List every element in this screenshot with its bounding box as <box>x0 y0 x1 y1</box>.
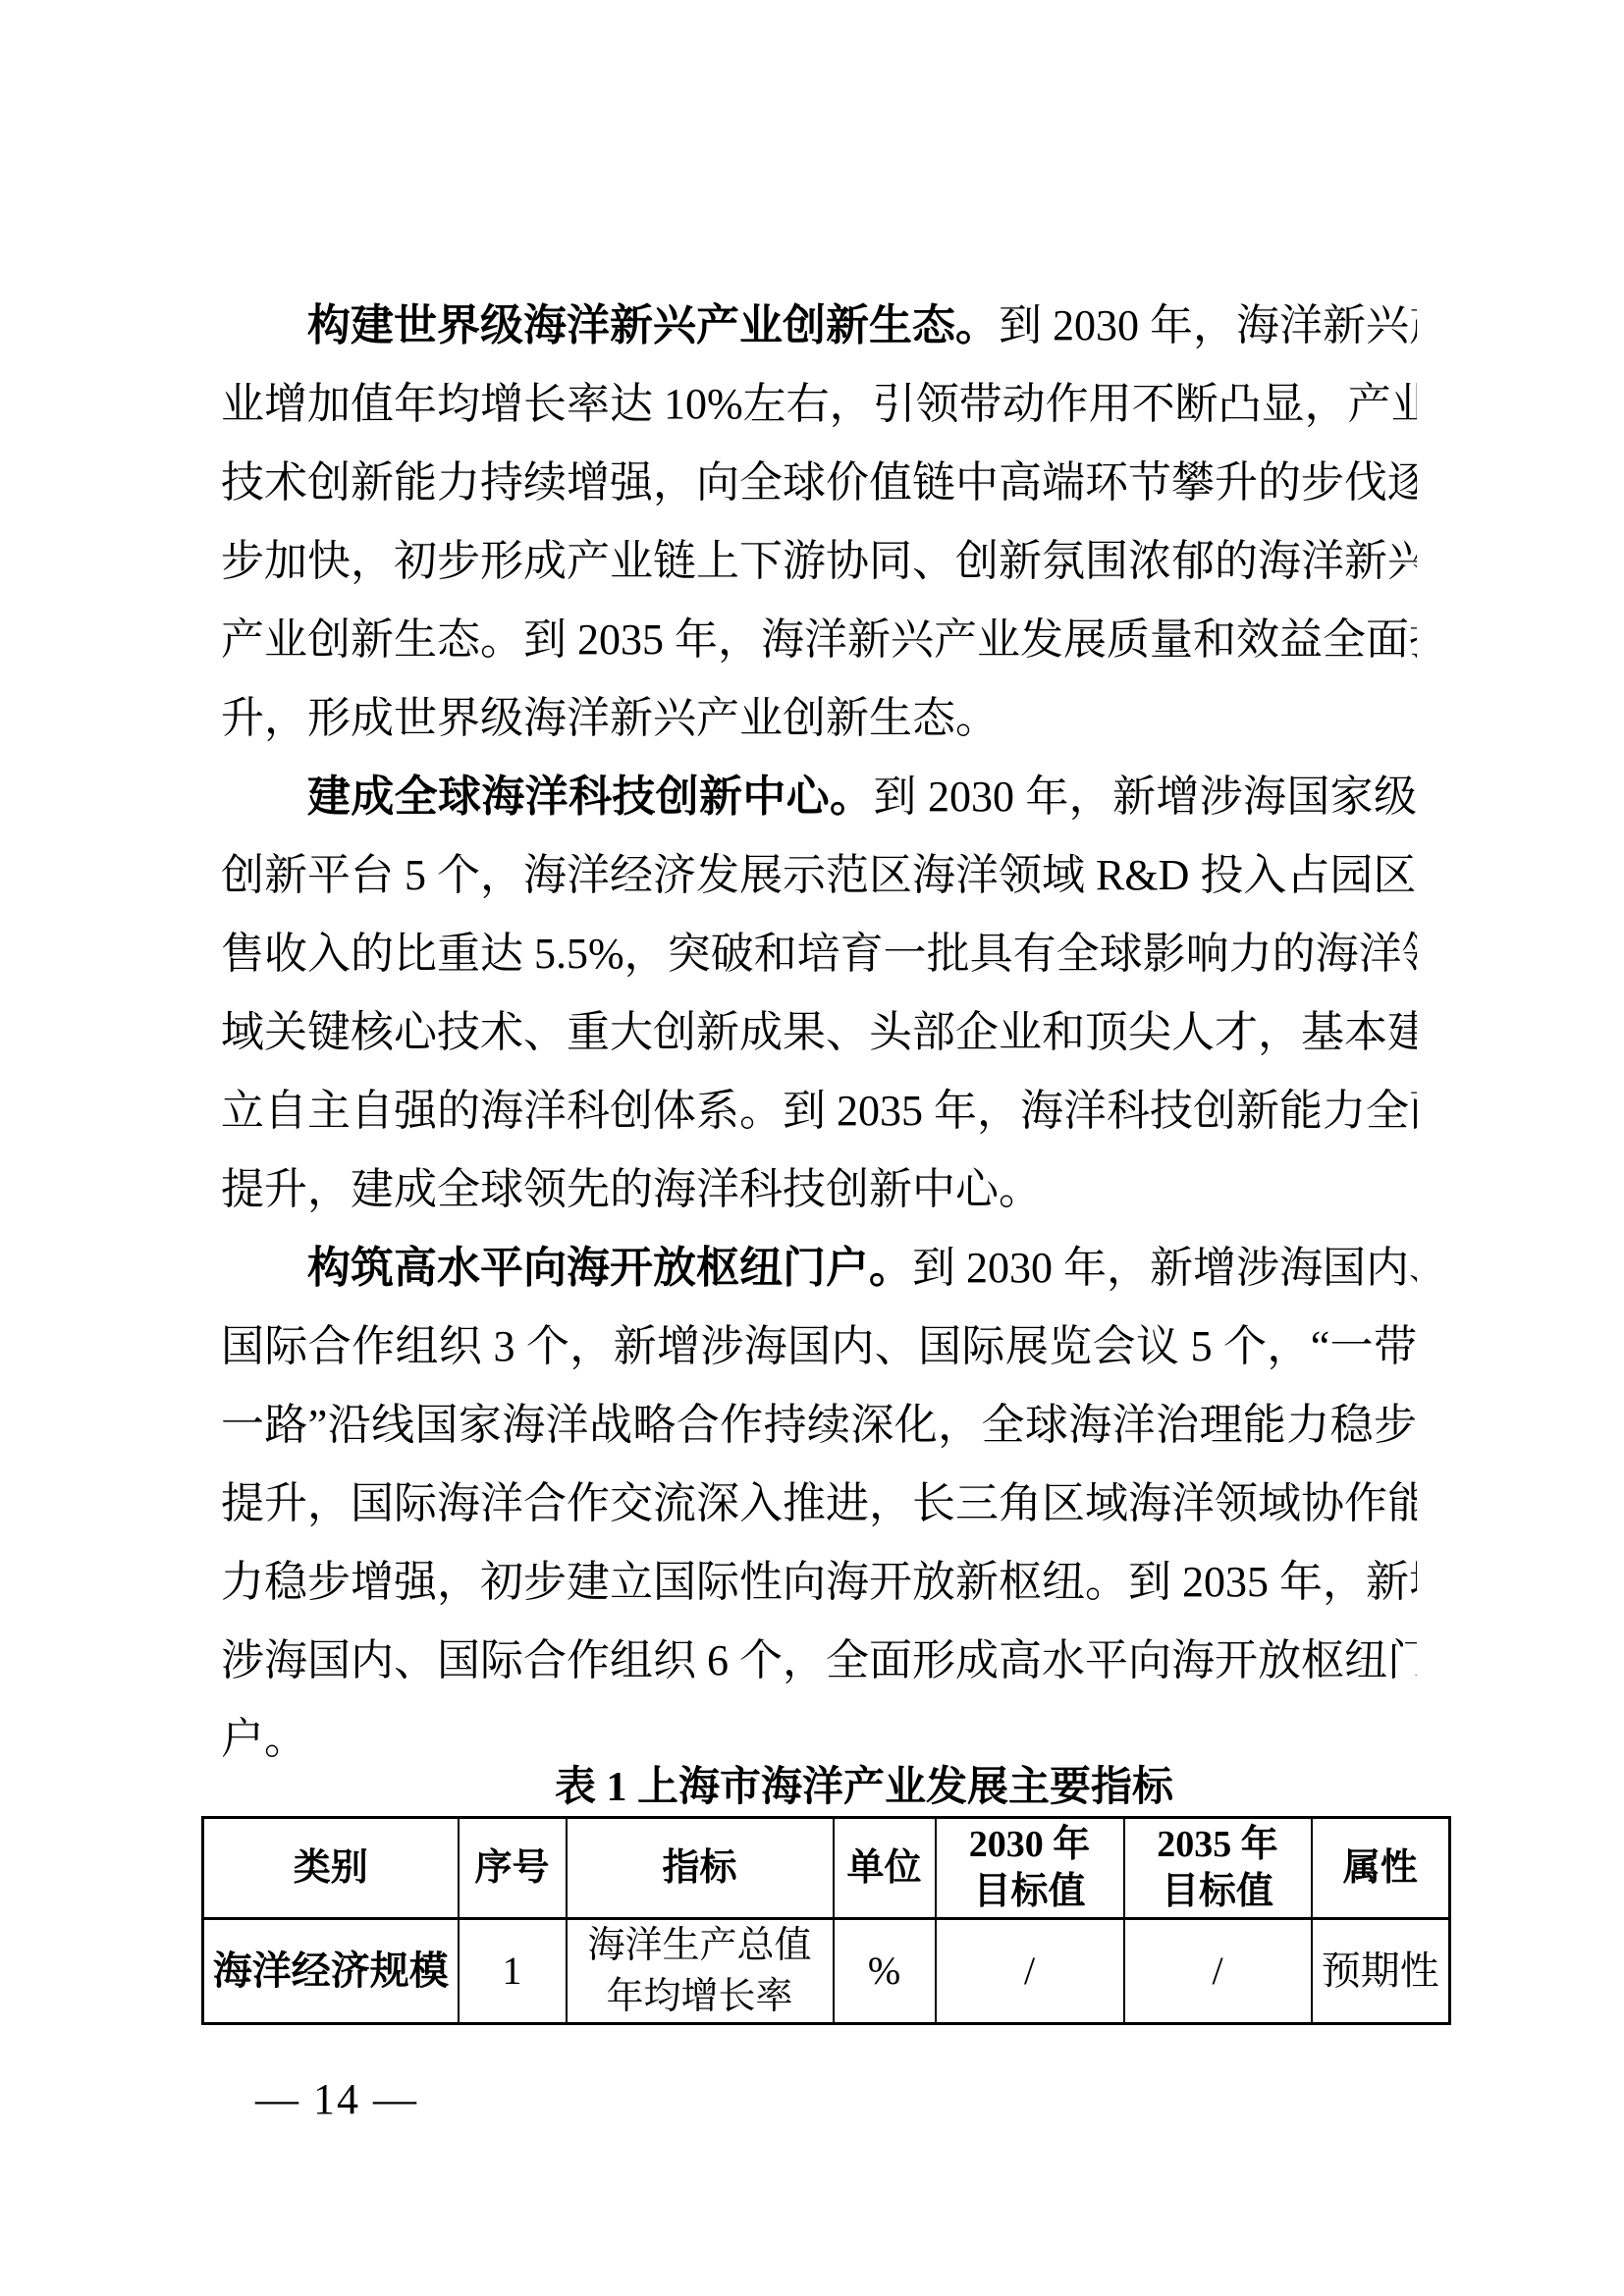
table-cell: % <box>834 1919 936 2024</box>
paragraph-line: 产业创新生态。到 2035 年，海洋新兴产业发展质量和效益全面提 <box>221 601 1417 679</box>
paragraph-line: 升，形成世界级海洋新兴产业创新生态。 <box>221 679 1417 758</box>
table-cell: / <box>1124 1919 1312 2024</box>
table-body: 海洋经济规模1海洋生产总值 年均增长率%//预期性 <box>203 1919 1450 2024</box>
paragraph-line: 创新平台 5 个，海洋经济发展示范区海洋领域 R&D 投入占园区销 <box>221 836 1417 915</box>
paragraph-line: 提升，建成全球领先的海洋科技创新中心。 <box>221 1150 1417 1229</box>
table-row: 海洋经济规模1海洋生产总值 年均增长率%//预期性 <box>203 1919 1450 2024</box>
document-body: 构建世界级海洋新兴产业创新生态。到 2030 年，海洋新兴产业增加值年均增长率达… <box>221 0 1417 2123</box>
paragraph: 构建世界级海洋新兴产业创新生态。到 2030 年，海洋新兴产业增加值年均增长率达… <box>221 287 1417 758</box>
paragraph-line: 售收入的比重达 5.5%，突破和培育一批具有全球影响力的海洋领 <box>221 915 1417 993</box>
body-paragraphs: 构建世界级海洋新兴产业创新生态。到 2030 年，海洋新兴产业增加值年均增长率达… <box>221 287 1417 1779</box>
paragraph: 建成全球海洋科技创新中心。到 2030 年，新增涉海国家级创新平台 5 个，海洋… <box>221 758 1417 1229</box>
paragraph-line: 力稳步增强，初步建立国际性向海开放新枢纽。到 2035 年，新增 <box>221 1543 1417 1622</box>
indicators-table: 类别序号指标单位2030 年 目标值2035 年 目标值属性 海洋经济规模1海洋… <box>201 1816 1451 2025</box>
paragraph-line: 涉海国内、国际合作组织 6 个，全面形成高水平向海开放枢纽门 <box>221 1622 1417 1700</box>
paragraph-lead-bold: 建成全球海洋科技创新中心。 <box>307 773 873 821</box>
table-cell: 预期性 <box>1312 1919 1450 2024</box>
table-header-row: 类别序号指标单位2030 年 目标值2035 年 目标值属性 <box>203 1818 1450 1919</box>
table-cell: 1 <box>459 1919 567 2024</box>
paragraph-line: 建成全球海洋科技创新中心。到 2030 年，新增涉海国家级 <box>221 758 1417 836</box>
paragraph-lead-bold: 构筑高水平向海开放枢纽门户。 <box>307 1244 912 1292</box>
table-header-cell: 单位 <box>834 1818 936 1919</box>
table-cell: / <box>936 1919 1124 2024</box>
paragraph-line: 一路”沿线国家海洋战略合作持续深化，全球海洋治理能力稳步 <box>221 1386 1417 1465</box>
paragraph-line: 业增加值年均增长率达 10%左右，引领带动作用不断凸显，产业 <box>221 365 1417 444</box>
paragraph-line: 构筑高水平向海开放枢纽门户。到 2030 年，新增涉海国内、 <box>221 1229 1417 1308</box>
table-header-cell: 序号 <box>459 1818 567 1919</box>
table-header-cell: 2030 年 目标值 <box>936 1818 1124 1919</box>
table-header-cell: 类别 <box>203 1818 459 1919</box>
paragraph-line: 技术创新能力持续增强，向全球价值链中高端环节攀升的步伐逐 <box>221 444 1417 522</box>
table-header-cell: 属性 <box>1312 1818 1450 1919</box>
table-header-row: 类别序号指标单位2030 年 目标值2035 年 目标值属性 <box>203 1818 1450 1919</box>
paragraph-line-text: 到 2030 年，新增涉海国内、 <box>912 1244 1417 1292</box>
paragraph-line: 立自主自强的海洋科创体系。到 2035 年，海洋科技创新能力全面 <box>221 1072 1417 1150</box>
paragraph-line: 国际合作组织 3 个，新增涉海国内、国际展览会议 5 个，“一带 <box>221 1308 1417 1386</box>
table-cell: 海洋生产总值 年均增长率 <box>567 1919 834 2024</box>
paragraph-line: 域关键核心技术、重大创新成果、头部企业和顶尖人才，基本建 <box>221 993 1417 1072</box>
table-title: 表 1 上海市海洋产业发展主要指标 <box>241 1765 1488 1810</box>
paragraph: 构筑高水平向海开放枢纽门户。到 2030 年，新增涉海国内、国际合作组织 3 个… <box>221 1229 1417 1779</box>
paragraph-lead-bold: 构建世界级海洋新兴产业创新生态。 <box>307 301 999 349</box>
paragraph-line: 步加快，初步形成产业链上下游协同、创新氛围浓郁的海洋新兴 <box>221 522 1417 601</box>
table-cell: 海洋经济规模 <box>203 1919 459 2024</box>
paragraph-line: 提升，国际海洋合作交流深入推进，长三角区域海洋领域协作能 <box>221 1465 1417 1543</box>
document-page: 构建世界级海洋新兴产业创新生态。到 2030 年，海洋新兴产业增加值年均增长率达… <box>0 0 1624 2296</box>
paragraph-line-text: 到 2030 年，新增涉海国家级 <box>873 773 1417 821</box>
paragraph-line-text: 到 2030 年，海洋新兴产 <box>999 301 1417 349</box>
page-number: — 14 — <box>255 2076 1417 2123</box>
paragraph-line: 构建世界级海洋新兴产业创新生态。到 2030 年，海洋新兴产 <box>221 287 1417 365</box>
table-header-cell: 指标 <box>567 1818 834 1919</box>
table-header-cell: 2035 年 目标值 <box>1124 1818 1312 1919</box>
